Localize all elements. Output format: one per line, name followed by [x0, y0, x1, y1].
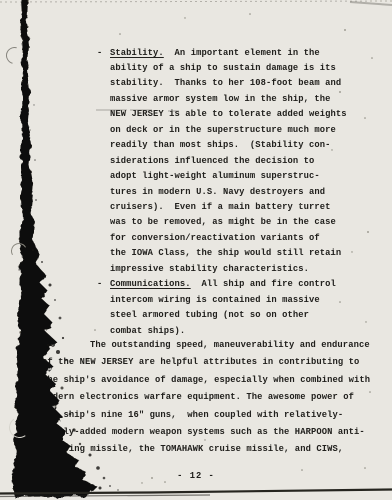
text-line: NEW JERSEY is able to tolerate added wei… — [110, 107, 347, 122]
bullet-heading-rest: All ship and fire control — [191, 279, 336, 289]
bullet-heading-stability: Stability. — [110, 48, 164, 58]
text-line: steel armored tubing (not so on other — [110, 308, 347, 323]
text-line: massive armor system low in the ship, th… — [110, 92, 347, 107]
scan-top-edge — [0, 1, 392, 5]
hole-punch-icon — [3, 44, 26, 67]
text-line: the ship's nine 16" guns, when coupled w… — [42, 407, 370, 424]
bullet-marker: - — [97, 46, 102, 61]
text-line: readily than most ships. (Stability con- — [110, 138, 347, 153]
text-line: cruisers). Even if a main battery turret — [110, 200, 347, 215]
text-line: the ship's avoidance of damage, especial… — [42, 372, 370, 389]
page-number: - 12 - — [0, 471, 392, 481]
hole-punch-icon — [7, 415, 31, 439]
bullet-communications: -Communications. All ship and fire contr… — [110, 277, 347, 339]
bullet-heading-communications: Communications. — [110, 279, 191, 289]
text-line: The outstanding speed, maneuverability a… — [42, 337, 370, 354]
text-line: intercom wiring is contained in massive — [110, 293, 347, 308]
text-line: the IOWA Class, the ship would still ret… — [110, 246, 347, 261]
text-line: ability of a ship to sustain damage is i… — [110, 61, 347, 76]
text-line: easily-added modern weapon systems such … — [42, 424, 370, 441]
text-line: of the NEW JERSEY are helpful attributes… — [42, 354, 370, 371]
text-line: impressive stability characteristics. — [110, 262, 347, 277]
closing-paragraph: The outstanding speed, maneuverability a… — [42, 337, 370, 459]
hole-punch-icon — [9, 241, 29, 261]
bullet-heading-rest: An important element in the — [164, 48, 320, 58]
text-line: was to be removed, as might be in the ca… — [110, 215, 347, 230]
text-line: tures in modern U.S. Navy destroyers and — [110, 185, 347, 200]
bullet-heading-line: -Stability. An important element in the — [110, 46, 347, 61]
text-line: for conversion/reactivation variants of — [110, 231, 347, 246]
scan-bottom-edge — [0, 490, 392, 497]
scanned-document-page: -Stability. An important element in the … — [0, 0, 392, 500]
text-line: on deck or in the superstructure much mo… — [110, 123, 347, 138]
bullet-heading-line: -Communications. All ship and fire contr… — [110, 277, 347, 292]
bullet-stability: -Stability. An important element in the … — [110, 46, 347, 278]
bullet-marker: - — [97, 277, 102, 292]
text-line: siderations influenced the decision to — [110, 154, 347, 169]
text-line: stability. Thanks to her 108-foot beam a… — [110, 76, 347, 91]
bullet-list: -Stability. An important element in the … — [110, 46, 347, 340]
text-line: modern electronics warfare equipment. Th… — [42, 389, 370, 406]
text-line: shipping missile, the TOMAHAWK cruise mi… — [42, 441, 370, 458]
text-line: adopt light-weight aluminum superstruc- — [110, 169, 347, 184]
